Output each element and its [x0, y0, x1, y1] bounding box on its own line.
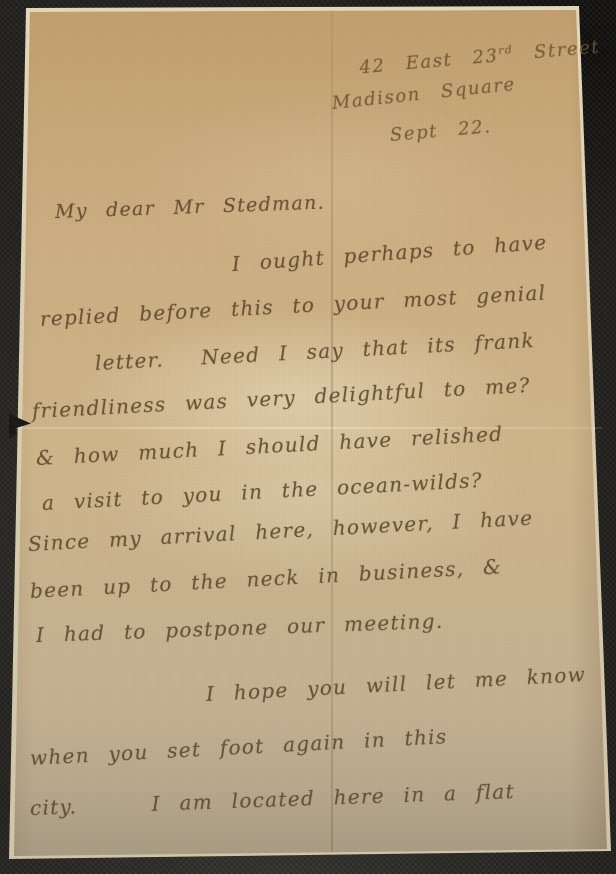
body-line: I ought perhaps to have	[231, 230, 548, 276]
address-street-suffix: Street	[513, 36, 601, 64]
body-line: & how much I should have relished	[35, 422, 504, 470]
photo-frame: 42 East 23rd Street Madison Square Sept …	[0, 0, 616, 874]
body-line: I hope you will let me know	[205, 662, 586, 706]
street-ordinal-superscript: rd	[498, 43, 514, 57]
body-line: a visit to you in the ocean-wilds?	[41, 468, 483, 515]
letter-text: 42 East 23rd Street Madison Square Sept …	[0, 0, 616, 874]
body-line: I had to postpone our meeting.	[36, 609, 444, 647]
body-line: Since my arrival here, however, I have	[27, 506, 534, 556]
date-line: Sept 22.	[389, 116, 492, 146]
body-line: been up to the neck in business, &	[29, 554, 502, 603]
body-line: when you set foot again in this	[29, 724, 448, 770]
body-line: replied before this to your most genial	[39, 280, 546, 330]
body-line: friendliness was very delightful to me?	[31, 373, 531, 423]
salutation-line: My dear Mr Stedman.	[55, 192, 326, 223]
body-line: city. I am located here in a flat	[30, 779, 516, 820]
address-street-text: 42 East 23	[359, 45, 500, 78]
body-line: letter. Need I say that its frank	[94, 328, 535, 375]
